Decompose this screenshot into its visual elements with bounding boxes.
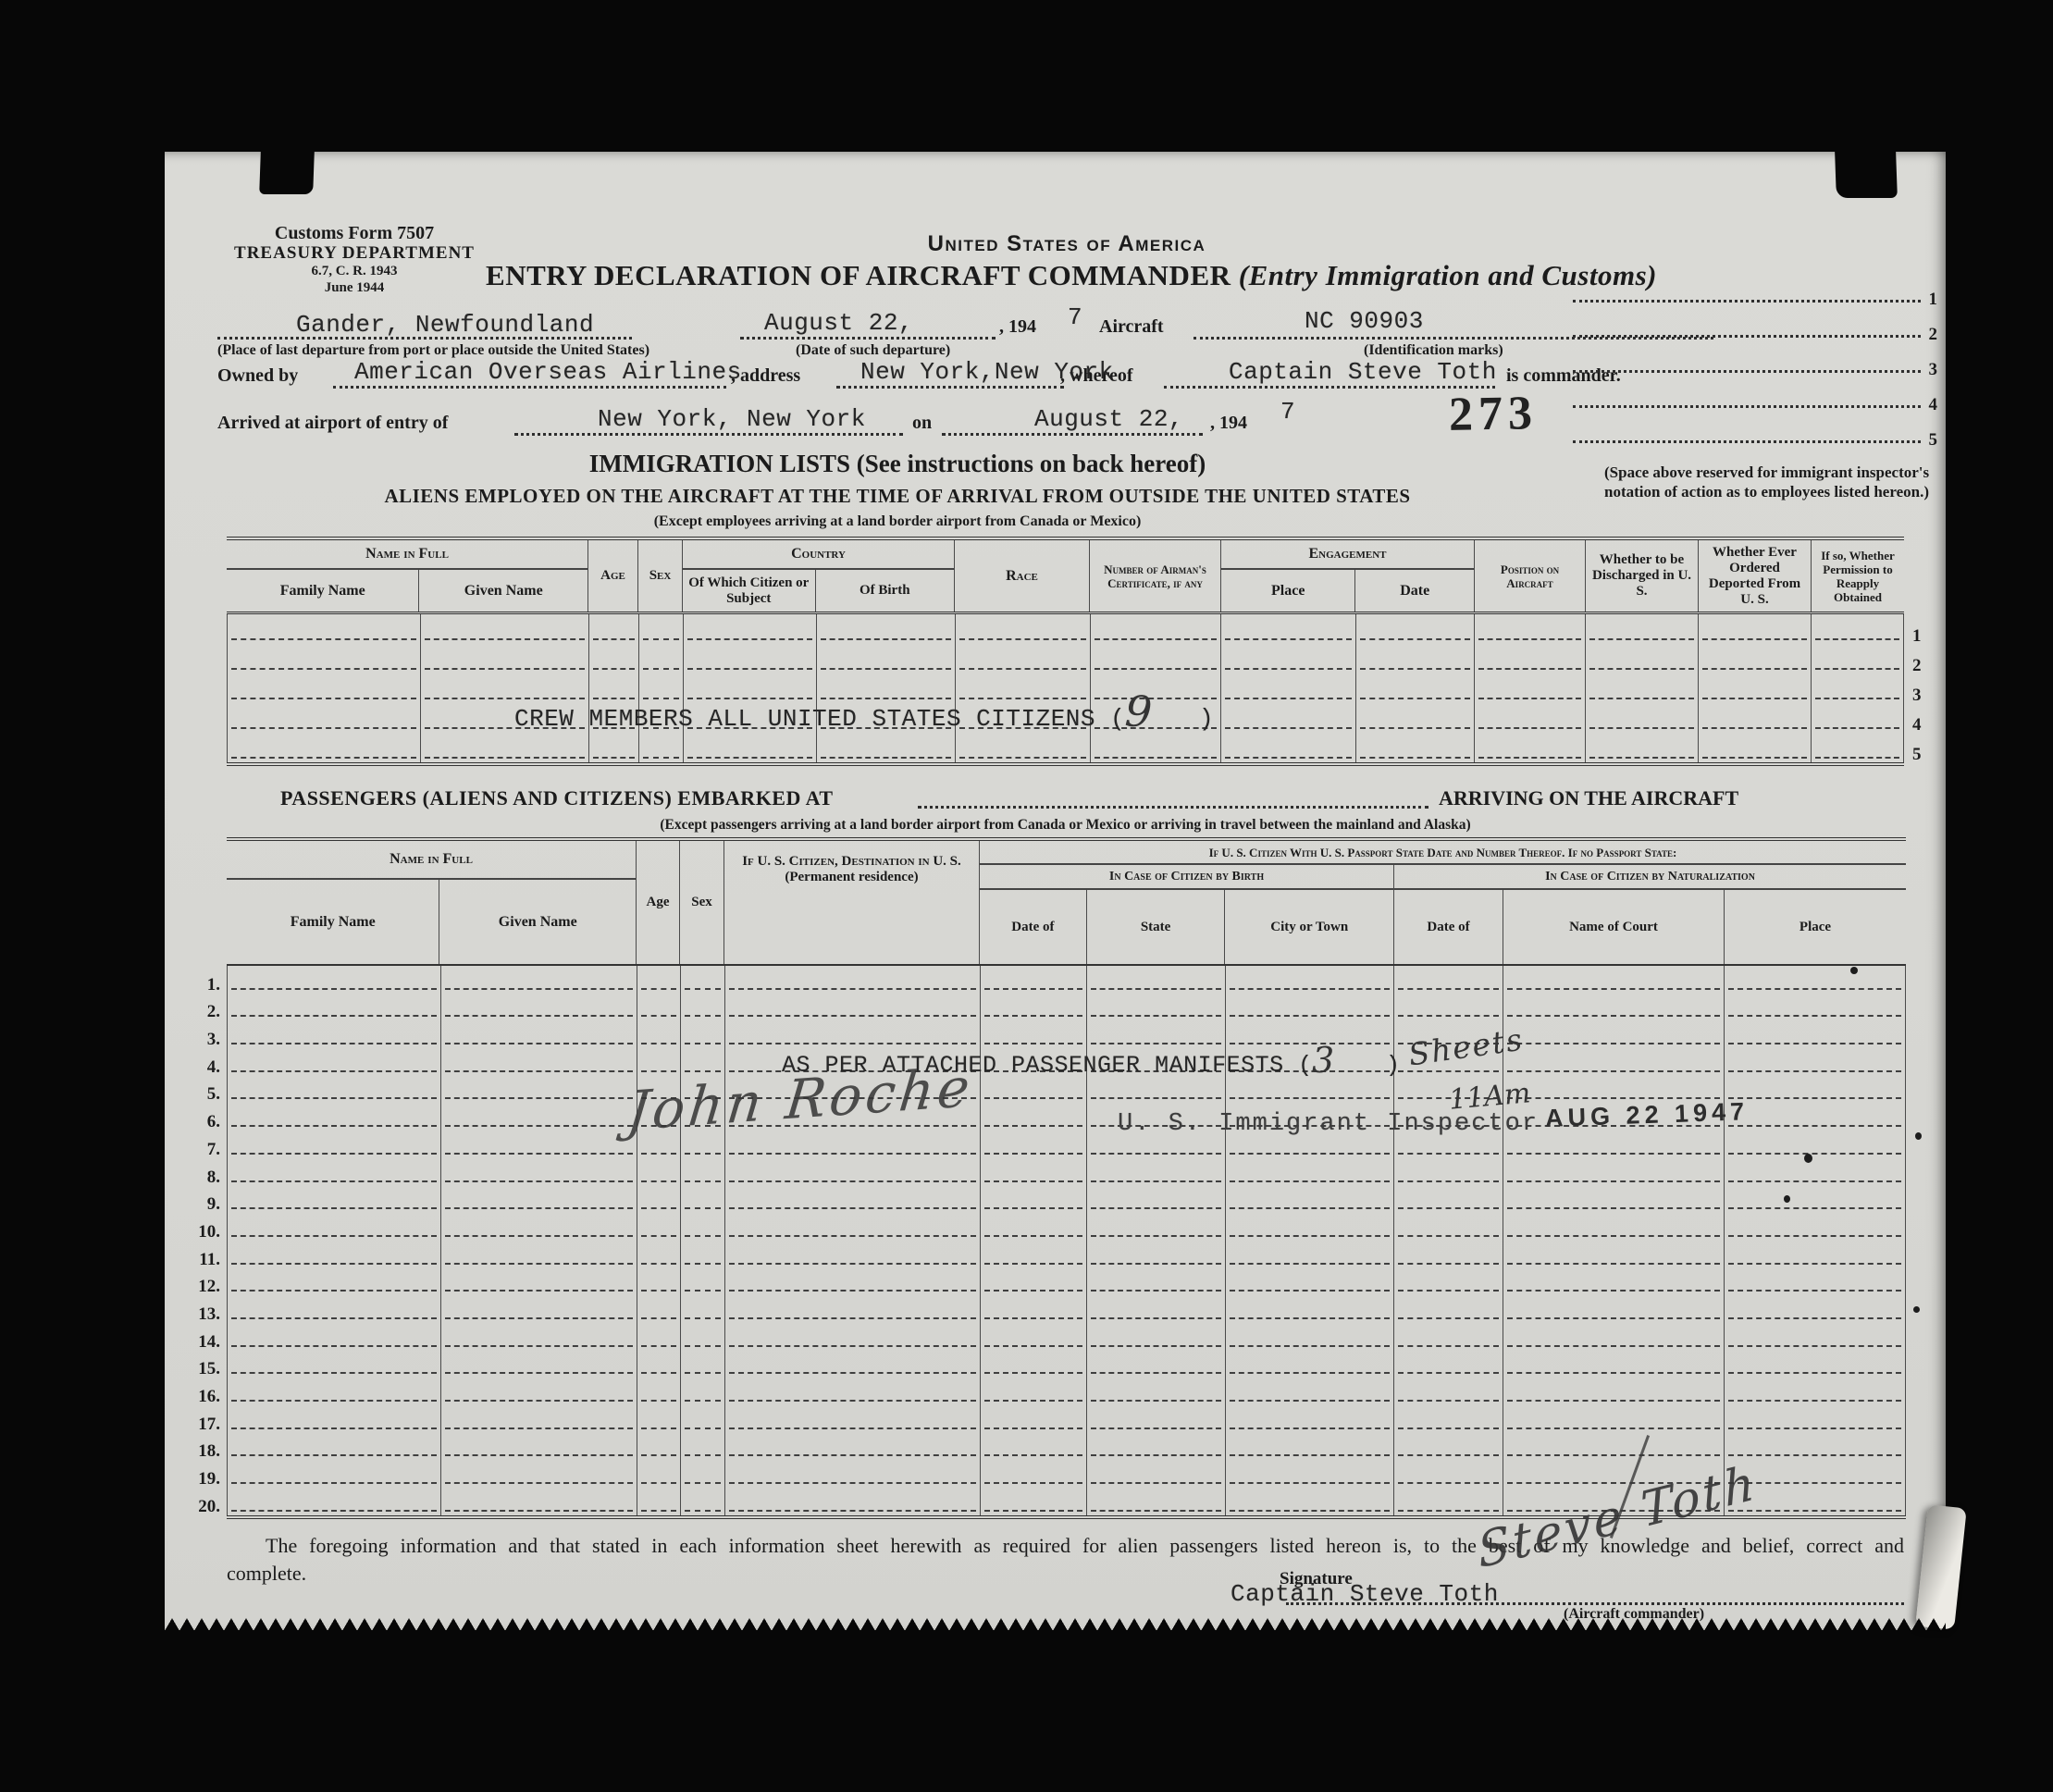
table-cell (1091, 733, 1222, 762)
table-cell (1087, 1241, 1226, 1268)
passenger-table: Name in Full Family Name Given Name Age … (227, 837, 1906, 1519)
crew-entry-text: CREW MEMBERS ALL UNITED STATES CITIZENS … (514, 705, 1125, 733)
table-cell (228, 1488, 441, 1515)
table-cell (441, 1405, 637, 1433)
table-cell (441, 1158, 637, 1186)
inspector-title: U. S. Immigrant Inspector (1118, 1110, 1539, 1138)
table-cell (1475, 614, 1586, 644)
dotted-line (942, 433, 1203, 436)
table-cell (441, 1295, 637, 1323)
table-cell (1503, 1323, 1725, 1351)
table-row (228, 1378, 1906, 1405)
table-cell (1394, 1405, 1503, 1433)
passenger-table-body (227, 966, 1906, 1515)
table-cell (725, 1295, 981, 1323)
table-cell (1475, 644, 1586, 674)
table-cell (1087, 1020, 1226, 1048)
table-cell (684, 614, 817, 644)
table-cell (684, 733, 817, 762)
ink-fleck (1804, 1154, 1812, 1163)
inspector-margin-line: 3 (1573, 341, 1943, 377)
table-cell (725, 1241, 981, 1268)
table-cell (228, 994, 441, 1021)
table-cell (1394, 1158, 1503, 1186)
table-cell (725, 966, 981, 994)
dotted-line (1164, 386, 1495, 389)
inspector-space-note: (Space above reserved for immigrant insp… (1604, 463, 1954, 501)
crew-count-handwritten: 9 (1124, 686, 1154, 736)
table-cell (228, 1213, 441, 1241)
table-cell (1725, 1076, 1906, 1104)
row-number: 19. (174, 1462, 220, 1489)
inspector-margin-line: 2 (1573, 306, 1943, 341)
row-number: 12. (174, 1270, 220, 1298)
inspector-margin-line: 5 (1573, 412, 1943, 447)
table-cell (1699, 674, 1812, 703)
table-cell (441, 1378, 637, 1405)
table-row (228, 1323, 1906, 1351)
country-heading: United States of America (442, 231, 1691, 257)
table-cell (1503, 1351, 1725, 1378)
table-cell (1503, 1268, 1725, 1296)
table-cell (956, 614, 1091, 644)
crew-entry-close: ) (1199, 705, 1214, 733)
table-cell (228, 1241, 441, 1268)
header-sex: Sex (638, 540, 683, 612)
crew-row-numbers: 12345 (1912, 617, 1922, 765)
table-cell (684, 644, 817, 674)
owned-by-label: Owned by (217, 365, 298, 387)
table-row (228, 1351, 1906, 1378)
table-cell (1394, 1295, 1503, 1323)
table-cell (1356, 644, 1475, 674)
header-birth-city: City or Town (1225, 890, 1393, 964)
arriving-heading: ARRIVING ON THE AIRCRAFT (1439, 786, 1738, 810)
table-cell (1087, 1295, 1226, 1323)
header-airman-certificate: Number of Airman's Certificate, if any (1090, 540, 1221, 612)
table-cell (1226, 1158, 1394, 1186)
header-group-passport: If U. S. Citizen With U. S. Passport Sta… (980, 841, 1906, 964)
table-cell (981, 1460, 1088, 1488)
table-cell (228, 1020, 441, 1048)
table-cell (1087, 1076, 1226, 1104)
table-cell (1699, 644, 1812, 674)
table-row (228, 733, 1904, 762)
table-cell (1699, 614, 1812, 644)
binder-notch-right (1835, 152, 1898, 198)
table-cell (1091, 674, 1222, 703)
inspector-note-lines: 12345 (1573, 271, 1943, 447)
table-cell (981, 1488, 1088, 1515)
owner-value: American Overseas Airlines (354, 358, 742, 386)
table-cell (725, 1433, 981, 1461)
table-cell (981, 1158, 1088, 1186)
table-cell (228, 1460, 441, 1488)
table-cell (228, 733, 421, 762)
table-cell (1725, 966, 1906, 994)
table-row (228, 1405, 1906, 1433)
table-cell (1725, 1241, 1906, 1268)
table-cell (228, 1103, 441, 1131)
table-cell (684, 674, 817, 703)
table-cell (1087, 1433, 1226, 1461)
table-cell (639, 644, 684, 674)
table-cell (441, 1103, 637, 1131)
year-prefix: , 194 (999, 316, 1036, 338)
table-cell (681, 1048, 725, 1076)
table-cell (228, 1131, 441, 1158)
table-cell (981, 1076, 1088, 1104)
table-cell (681, 1351, 725, 1378)
table-cell (228, 1295, 441, 1323)
table-cell (1812, 733, 1904, 762)
table-cell (1812, 703, 1904, 733)
immigration-lists-heading: IMMIGRATION LISTS (See instructions on b… (227, 450, 1568, 478)
form-title-main: ENTRY DECLARATION OF AIRCRAFT COMMANDER (486, 259, 1231, 291)
table-cell (1725, 1186, 1906, 1214)
table-cell (1087, 966, 1226, 994)
table-cell (637, 1351, 681, 1378)
row-number: 4 (1912, 706, 1922, 735)
header-position: Position on Aircraft (1475, 540, 1586, 612)
table-cell (681, 1323, 725, 1351)
table-row (228, 614, 1904, 644)
table-cell (589, 733, 639, 762)
crew-table-body (227, 614, 1904, 762)
table-cell (441, 1048, 637, 1076)
table-cell (1586, 674, 1699, 703)
table-cell (1226, 1213, 1394, 1241)
table-cell (228, 1323, 441, 1351)
table-cell (1586, 703, 1699, 733)
table-cell (1226, 1378, 1394, 1405)
header-passport-note: If U. S. Citizen With U. S. Passport Sta… (980, 841, 1906, 865)
table-cell (441, 994, 637, 1021)
header-by-naturalization: In Case of Citizen by Naturalization (1394, 865, 1906, 890)
table-cell (637, 1405, 681, 1433)
table-cell (441, 966, 637, 994)
table-row (228, 644, 1904, 674)
table-cell (681, 1460, 725, 1488)
table-cell (1725, 1405, 1906, 1433)
table-cell (725, 1405, 981, 1433)
table-cell (817, 674, 956, 703)
table-cell (637, 1378, 681, 1405)
table-cell (1087, 1323, 1226, 1351)
header-destination-main: If U. S. Citizen, Destination in U. S. (742, 854, 961, 870)
table-row (228, 674, 1904, 703)
table-cell (1586, 644, 1699, 674)
header-citizen-of: Of Which Citizen or Subject (683, 570, 816, 612)
table-cell (1503, 966, 1725, 994)
row-number: 5 (1912, 735, 1922, 765)
table-cell (981, 1323, 1088, 1351)
table-cell (681, 1433, 725, 1461)
table-cell (1394, 1488, 1503, 1515)
table-row (228, 1268, 1906, 1296)
table-row (228, 1186, 1906, 1214)
departure-date-value: August 22, (764, 309, 913, 337)
passenger-table-header: Name in Full Family Name Given Name Age … (227, 841, 1906, 966)
ink-fleck (1913, 1306, 1920, 1313)
table-cell (1221, 733, 1356, 762)
header-nat-court: Name of Court (1503, 890, 1725, 964)
table-cell (637, 1323, 681, 1351)
header-sex: Sex (680, 841, 724, 964)
table-cell (681, 1295, 725, 1323)
header-by-birth: In Case of Citizen by Birth (980, 865, 1393, 890)
table-cell (1725, 1131, 1906, 1158)
table-cell (1725, 1103, 1906, 1131)
table-cell (817, 644, 956, 674)
table-cell (725, 1213, 981, 1241)
table-cell (228, 1186, 441, 1214)
table-cell (637, 966, 681, 994)
binder-notch-left (259, 152, 315, 194)
header-group-by-birth: In Case of Citizen by Birth Date of Stat… (980, 865, 1394, 964)
scanned-document-page: Customs Form 7507 TREASURY DEPARTMENT 6.… (0, 0, 2053, 1792)
row-number: 1 (1912, 617, 1922, 647)
table-cell (981, 1103, 1088, 1131)
table-cell (981, 1405, 1088, 1433)
table-cell (1394, 1378, 1503, 1405)
table-cell (637, 994, 681, 1021)
header-family-name: Family Name (227, 880, 439, 964)
table-cell (1475, 703, 1586, 733)
table-cell (1394, 1213, 1503, 1241)
table-cell (228, 1268, 441, 1296)
header-name-in-full: Name in Full (227, 540, 587, 570)
margin-line-number: 5 (1929, 430, 1938, 451)
signature-line (1286, 1602, 1904, 1605)
header-engagement-date: Date (1355, 570, 1474, 612)
table-cell (637, 1241, 681, 1268)
table-cell (1091, 614, 1222, 644)
table-cell (1503, 1433, 1725, 1461)
table-row (228, 1295, 1906, 1323)
table-cell (725, 1268, 981, 1296)
table-cell (1503, 1213, 1725, 1241)
table-cell (1503, 1186, 1725, 1214)
table-cell (817, 733, 956, 762)
table-cell (1356, 674, 1475, 703)
manifest-note-close: ) (1386, 1052, 1401, 1079)
table-cell (725, 994, 981, 1021)
table-cell (1226, 994, 1394, 1021)
page-number-stamp: 273 (1448, 386, 1538, 442)
table-cell (1725, 1323, 1906, 1351)
header-nat-date-of: Date of (1394, 890, 1503, 964)
table-cell (817, 614, 956, 644)
table-cell (981, 1213, 1088, 1241)
table-cell (1725, 1378, 1906, 1405)
table-cell (421, 644, 589, 674)
row-number: 6. (174, 1105, 220, 1132)
departure-place-caption: (Place of last departure from port or pl… (217, 342, 649, 359)
table-cell (1226, 1433, 1394, 1461)
table-cell (1087, 1268, 1226, 1296)
header-group-engagement: Engagement Place Date (1221, 540, 1475, 612)
table-cell (639, 614, 684, 644)
dotted-line (836, 386, 1064, 389)
table-cell (1226, 1488, 1394, 1515)
table-cell (589, 674, 639, 703)
row-number: 5. (174, 1078, 220, 1106)
table-cell (1356, 614, 1475, 644)
departure-date-caption: (Date of such departure) (796, 342, 950, 359)
table-cell (589, 644, 639, 674)
table-cell (1226, 966, 1394, 994)
table-cell (441, 1076, 637, 1104)
arrival-year-value: 7 (1280, 398, 1295, 426)
table-row (228, 1131, 1906, 1158)
table-cell (441, 1351, 637, 1378)
row-number: 18. (174, 1435, 220, 1463)
table-cell (1221, 614, 1356, 644)
table-cell (1394, 966, 1503, 994)
table-cell (1699, 703, 1812, 733)
table-cell (725, 1158, 981, 1186)
header-birth-of: Of Birth (816, 570, 954, 612)
table-cell (441, 1186, 637, 1214)
table-cell (725, 1351, 981, 1378)
table-row (228, 1241, 1906, 1268)
table-cell (956, 733, 1091, 762)
header-group-name: Name in Full Family Name Given Name (227, 841, 637, 964)
table-cell (1087, 1158, 1226, 1186)
table-cell (981, 1295, 1088, 1323)
table-cell (1725, 1295, 1906, 1323)
table-cell (956, 644, 1091, 674)
departure-place-value: Gander, Newfoundland (296, 311, 594, 339)
table-cell (1394, 1460, 1503, 1488)
table-cell (1226, 1460, 1394, 1488)
table-cell (228, 1433, 441, 1461)
row-number: 16. (174, 1379, 220, 1407)
row-number: 2 (1912, 647, 1922, 676)
table-cell (1087, 1213, 1226, 1241)
table-cell (1394, 1186, 1503, 1214)
table-cell (725, 1186, 981, 1214)
table-cell (1812, 674, 1904, 703)
table-cell (441, 1020, 637, 1048)
row-number: 2. (174, 995, 220, 1023)
table-cell (1356, 733, 1475, 762)
table-cell (725, 1020, 981, 1048)
header-group-country: Country Of Which Citizen or Subject Of B… (683, 540, 955, 612)
row-number: 13. (174, 1297, 220, 1325)
inspector-margin-line: 4 (1573, 377, 1943, 412)
table-cell (589, 614, 639, 644)
arrived-label: Arrived at airport of entry of (217, 413, 448, 434)
table-cell (981, 1020, 1088, 1048)
table-cell (441, 1433, 637, 1461)
table-cell (681, 1186, 725, 1214)
table-cell (637, 1213, 681, 1241)
table-cell (421, 614, 589, 644)
table-cell (725, 1378, 981, 1405)
dotted-line (514, 433, 903, 436)
table-cell (228, 1405, 441, 1433)
row-number: 7. (174, 1132, 220, 1160)
header-age: Age (588, 540, 638, 612)
table-cell (1091, 644, 1222, 674)
table-cell (725, 1323, 981, 1351)
table-cell (1503, 1241, 1725, 1268)
header-birth-date-of: Date of (980, 890, 1087, 964)
table-cell (1226, 1268, 1394, 1296)
table-cell (681, 1268, 725, 1296)
paper-curl (1915, 1504, 1967, 1630)
table-cell (441, 1213, 637, 1241)
row-number: 1. (174, 968, 220, 995)
table-cell (1394, 1268, 1503, 1296)
table-cell (981, 1131, 1088, 1158)
aircraft-caption: (Identification marks) (1364, 342, 1503, 359)
row-number: 3. (174, 1022, 220, 1050)
table-cell (1725, 1020, 1906, 1048)
table-cell (1226, 1241, 1394, 1268)
row-number: 17. (174, 1407, 220, 1435)
table-cell (637, 1295, 681, 1323)
table-cell (1394, 994, 1503, 1021)
table-row (228, 1433, 1906, 1461)
table-cell (228, 1378, 441, 1405)
table-cell (1394, 1433, 1503, 1461)
table-cell (228, 1048, 441, 1076)
table-cell (1087, 1351, 1226, 1378)
departure-year-value: 7 (1068, 303, 1082, 331)
table-cell (981, 1351, 1088, 1378)
table-cell (1087, 1460, 1226, 1488)
passengers-heading: PASSENGERS (ALIENS AND CITIZENS) EMBARKE… (280, 786, 834, 810)
table-cell (228, 644, 421, 674)
header-given-name: Given Name (419, 570, 587, 612)
table-cell (228, 966, 441, 994)
on-label: on (912, 413, 932, 434)
table-cell (441, 1131, 637, 1158)
table-cell (981, 1268, 1088, 1296)
declaration-text: The foregoing information and that state… (227, 1532, 1904, 1588)
table-cell (441, 1460, 637, 1488)
table-cell (1503, 1048, 1725, 1076)
table-cell (637, 1020, 681, 1048)
table-cell (1221, 703, 1356, 733)
table-cell (1699, 733, 1812, 762)
arrival-airport-value: New York, New York (598, 405, 866, 433)
table-cell (1725, 1268, 1906, 1296)
table-cell (1087, 1405, 1226, 1433)
table-cell (1503, 994, 1725, 1021)
header-family-name: Family Name (227, 570, 419, 612)
table-cell (1503, 1020, 1725, 1048)
table-cell (681, 1241, 725, 1268)
header-deported: Whether Ever Ordered Deported From U. S. (1699, 540, 1812, 612)
table-cell (637, 1048, 681, 1076)
table-cell (1087, 1488, 1226, 1515)
table-cell (228, 1351, 441, 1378)
table-cell (981, 966, 1088, 994)
table-cell (681, 1158, 725, 1186)
table-cell (981, 1378, 1088, 1405)
table-cell (1812, 614, 1904, 644)
ink-fleck (1915, 1132, 1922, 1140)
address-label: , address (731, 365, 800, 387)
table-cell (421, 674, 589, 703)
table-cell (1087, 1186, 1226, 1214)
table-cell (1725, 1048, 1906, 1076)
row-number: 3 (1912, 676, 1922, 706)
